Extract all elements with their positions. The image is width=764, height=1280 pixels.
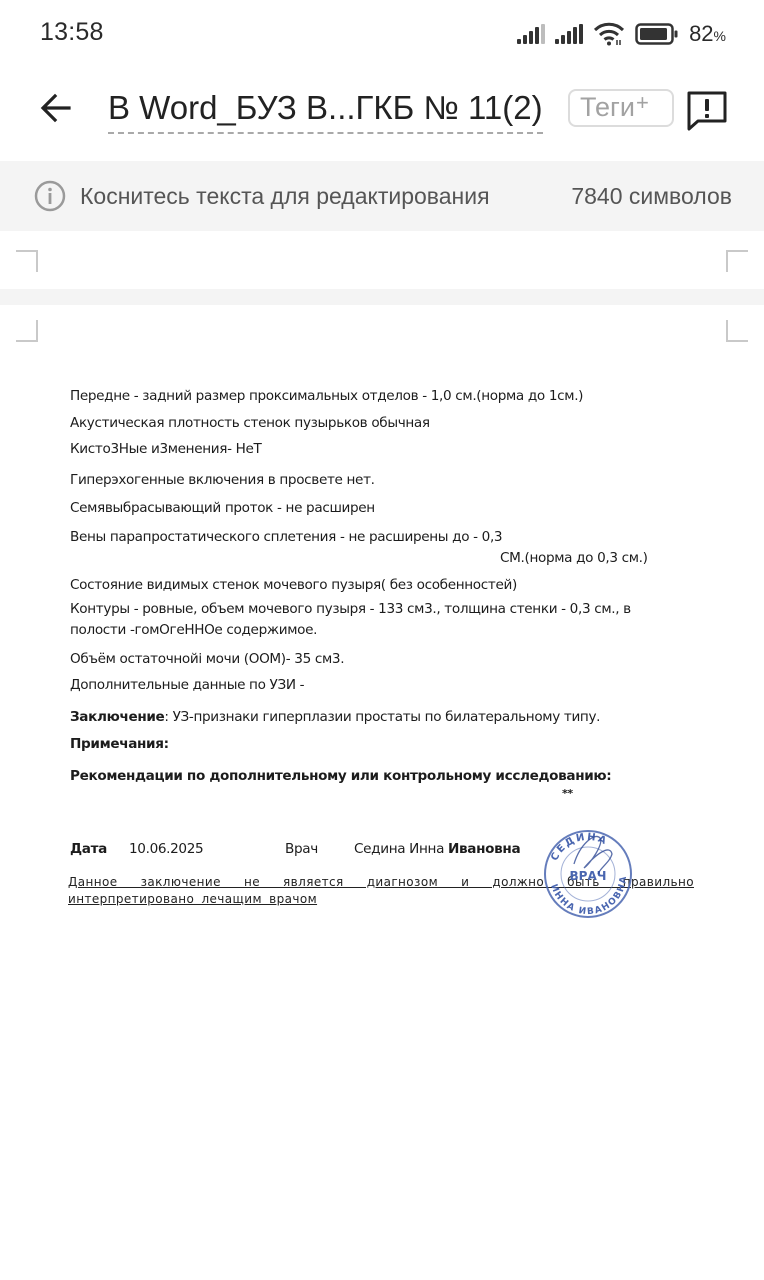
wifi-icon — [593, 22, 625, 46]
doctor-stamp: СЕДИНА ИННА ИВАНОВНА ВРАЧ — [540, 824, 635, 919]
date-label: Дата — [70, 841, 107, 857]
info-icon — [34, 180, 66, 212]
back-button[interactable] — [36, 88, 76, 128]
page-corner-marker — [16, 320, 38, 342]
feedback-exclamation-icon[interactable] — [686, 90, 728, 132]
recommendations-mark: ** — [562, 787, 573, 800]
signal-1-icon — [517, 24, 545, 44]
doctor-name[interactable]: Седина Инна Ивановна — [354, 841, 520, 857]
svg-text:ВРАЧ: ВРАЧ — [570, 869, 607, 883]
page-corner-marker — [726, 320, 748, 342]
recommendations-label[interactable]: Рекомендации по дополнительному или конт… — [70, 768, 611, 784]
doctor-label: Врач — [285, 841, 318, 857]
document-title[interactable]: В Word_БУЗ В...ГКБ № 11(2) — [108, 88, 543, 134]
doc-line[interactable]: Состояние видимых стенок мочевого пузыря… — [70, 577, 517, 593]
battery-icon — [635, 23, 679, 45]
plus-icon: + — [636, 90, 649, 115]
doc-line[interactable]: Контуры - ровные, объем мочевого пузыря … — [70, 601, 631, 617]
doc-line[interactable]: Акустическая плотность стенок пузырьков … — [70, 415, 430, 431]
status-bar: 13:58 82% — [0, 0, 764, 68]
doc-line[interactable]: Семявыбрасывающий проток - не расширен — [70, 500, 375, 516]
battery-percent: 82% — [689, 21, 726, 47]
edit-hint-bar: Коснитесь текста для редактирования 7840… — [0, 161, 764, 231]
doc-line[interactable]: Объём остаточнойі мочи (ООМ)- 35 см3. — [70, 651, 344, 667]
doc-line[interactable]: Вены парапростатического сплетения - не … — [70, 529, 502, 545]
tags-button[interactable]: Теги+ — [568, 89, 674, 127]
doc-line[interactable]: полости -гомОгеННОе содержимое. — [70, 622, 317, 638]
page-separator — [0, 289, 764, 305]
conclusion-label: Заключение — [70, 709, 164, 725]
notes-label[interactable]: Примечания: — [70, 736, 169, 752]
character-count: 7840 символов — [571, 183, 732, 210]
conclusion-text: : УЗ-признаки гиперплазии простаты по би… — [164, 709, 600, 725]
doc-line[interactable]: Передне - задний размер проксимальных от… — [70, 388, 583, 404]
doc-line[interactable]: Дополнительные данные по УЗИ - — [70, 677, 304, 693]
app-header: В Word_БУЗ В...ГКБ № 11(2) Теги+ — [0, 68, 764, 160]
status-icons: 82% — [517, 20, 726, 48]
signal-2-icon — [555, 24, 583, 44]
svg-text:СЕДИНА: СЕДИНА — [549, 832, 609, 863]
date-value[interactable]: 10.06.2025 — [129, 841, 203, 857]
doc-line[interactable]: Кисто3Ные и3менения- НеТ — [70, 441, 261, 457]
tags-label: Теги — [580, 92, 635, 122]
edit-hint-text: Коснитесь текста для редактирования — [80, 183, 490, 210]
arrow-left-icon — [39, 91, 73, 125]
doc-line[interactable]: СМ.(норма до 0,3 см.) — [500, 550, 648, 566]
status-time: 13:58 — [40, 18, 104, 47]
doc-line[interactable]: Гиперэхогенные включения в просвете нет. — [70, 472, 375, 488]
page-corner-marker — [726, 250, 748, 272]
page-corner-marker — [16, 250, 38, 272]
conclusion-line[interactable]: Заключение: УЗ-признаки гиперплазии прос… — [70, 709, 600, 725]
